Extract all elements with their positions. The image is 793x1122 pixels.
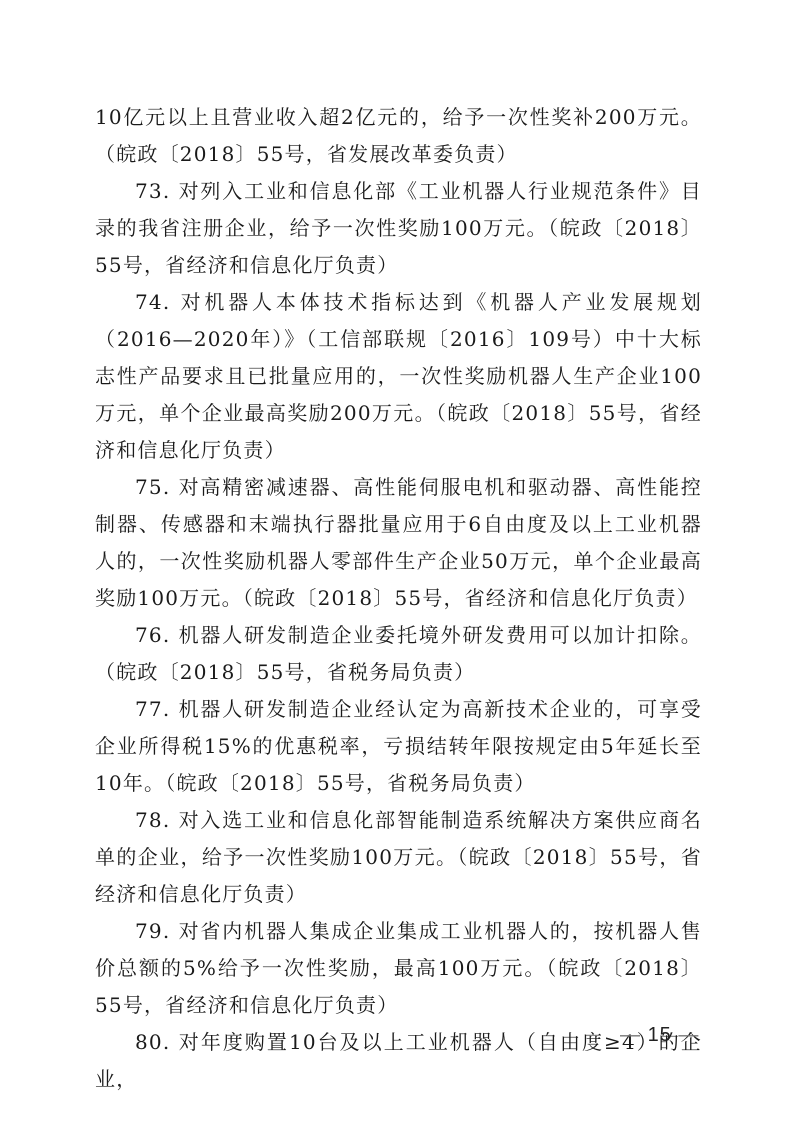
- paragraph-item-73: 73. 对列入工业和信息化部《工业机器人行业规范条件》目录的我省注册企业，给予一…: [95, 173, 702, 284]
- footer-dash-left: —: [620, 1024, 641, 1046]
- paragraph-item-80: 80. 对年度购置10台及以上工业机器人（自由度≥4）的企业，: [95, 1024, 702, 1098]
- paragraph-item-77: 77. 机器人研发制造企业经认定为高新技术企业的，可享受企业所得税15%的优惠税…: [95, 691, 702, 802]
- paragraph-item-79: 79. 对省内机器人集成企业集成工业机器人的，按机器人售价总额的5%给予一次性奖…: [95, 913, 702, 1024]
- page-footer: — 15 —: [620, 1024, 699, 1047]
- paragraph-item-74: 74. 对机器人本体技术指标达到《机器人产业发展规划（2016—2020年）》（…: [95, 284, 702, 469]
- footer-dash-right: —: [678, 1024, 699, 1046]
- paragraph-item-78: 78. 对入选工业和信息化部智能制造系统解决方案供应商名单的企业，给予一次性奖励…: [95, 802, 702, 913]
- paragraph-continued-72: 10亿元以上且营业收入超2亿元的，给予一次性奖补200万元。（皖政〔2018〕5…: [95, 99, 702, 173]
- document-body: 10亿元以上且营业收入超2亿元的，给予一次性奖补200万元。（皖政〔2018〕5…: [95, 99, 702, 1098]
- paragraph-item-75: 75. 对高精密减速器、高性能伺服电机和驱动器、高性能控制器、传感器和末端执行器…: [95, 469, 702, 617]
- page-number: 15: [648, 1024, 672, 1046]
- paragraph-item-76: 76. 机器人研发制造企业委托境外研发费用可以加计扣除。（皖政〔2018〕55号…: [95, 617, 702, 691]
